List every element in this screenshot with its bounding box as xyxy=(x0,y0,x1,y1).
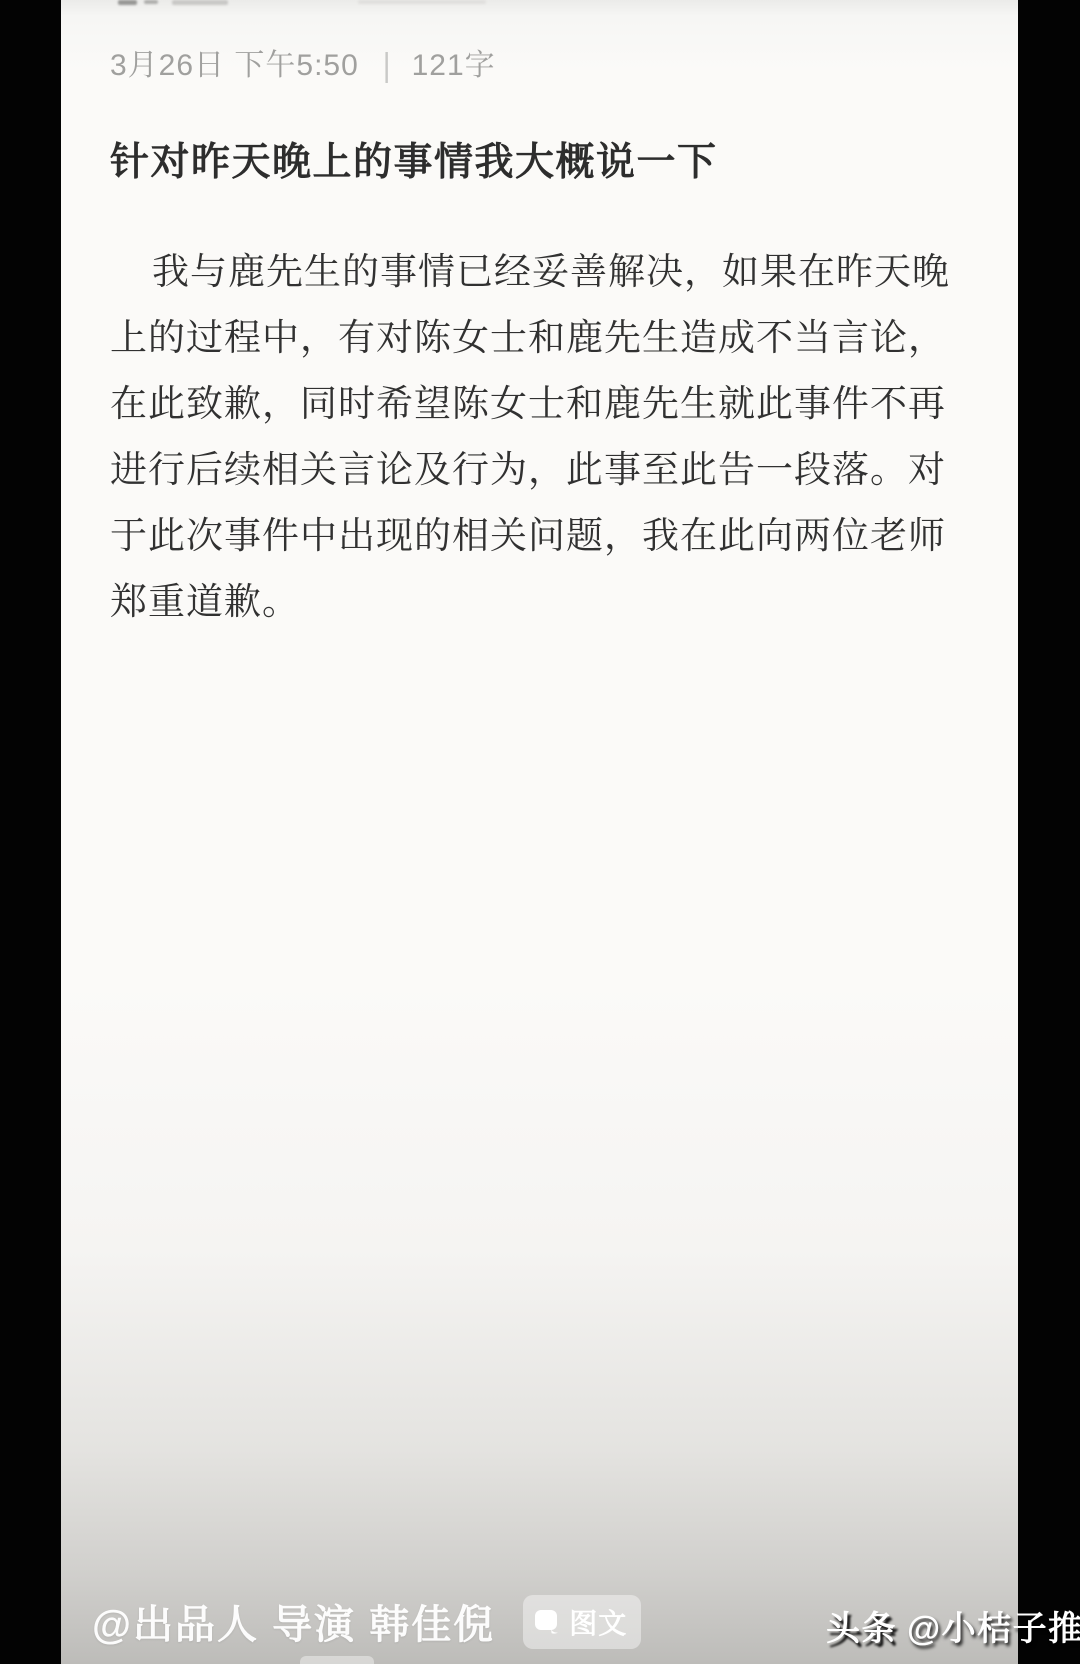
author-watermark: @出品人 导演 韩佳倪 图文 xyxy=(92,1593,641,1650)
note-body-line: 上的过程中，有对陈女士和鹿先生造成不当言论， xyxy=(110,305,920,371)
meta-divider: | xyxy=(383,48,392,83)
badge-label: 图文 xyxy=(569,1602,627,1642)
letterbox-right xyxy=(1018,0,1080,1664)
note-date: 3月26日 下午5:50 xyxy=(110,50,359,82)
image-text-note-icon xyxy=(534,1609,561,1634)
note-body-line: 进行后续相关言论及行为，此事至此告一段落。对 xyxy=(110,437,920,503)
author-name: @出品人 导演 韩佳倪 xyxy=(92,1593,495,1650)
note-body-line: 郑重道歉。 xyxy=(110,569,920,635)
cropped-title-remnant xyxy=(172,0,228,5)
image-text-badge: 图文 xyxy=(523,1595,641,1649)
note-body[interactable]: 我与鹿先生的事情已经妥善解决，如果在昨天晚上的过程中，有对陈女士和鹿先生造成不当… xyxy=(110,239,920,635)
note-body-line: 于此次事件中出现的相关问题，我在此向两位老师 xyxy=(110,503,920,569)
platform-handle: @小桔子推剧 xyxy=(907,1610,1080,1648)
note-meta-row: 3月26日 下午5:50 | 121字 xyxy=(110,50,496,82)
note-word-count: 121字 xyxy=(412,50,496,82)
cropped-title-remnant xyxy=(144,0,158,4)
video-frame: 3月26日 下午5:50 | 121字 针对昨天晚上的事情我大概说一下 我与鹿先… xyxy=(0,0,1080,1664)
letterbox-left xyxy=(0,0,61,1664)
note-page: 3月26日 下午5:50 | 121字 针对昨天晚上的事情我大概说一下 我与鹿先… xyxy=(61,0,1018,1664)
cropped-ui-remnant xyxy=(300,1656,374,1664)
note-body-line: 我与鹿先生的事情已经妥善解决，如果在昨天晚 xyxy=(110,239,920,305)
note-body-line: 在此致歉，同时希望陈女士和鹿先生就此事件不再 xyxy=(110,371,920,437)
platform-brand: 头条 xyxy=(826,1610,897,1648)
note-title[interactable]: 针对昨天晚上的事情我大概说一下 xyxy=(110,140,718,186)
cropped-title-remnant xyxy=(358,0,486,4)
platform-watermark: 头条@小桔子推剧 xyxy=(826,1601,1080,1650)
cropped-title-remnant xyxy=(118,0,137,5)
